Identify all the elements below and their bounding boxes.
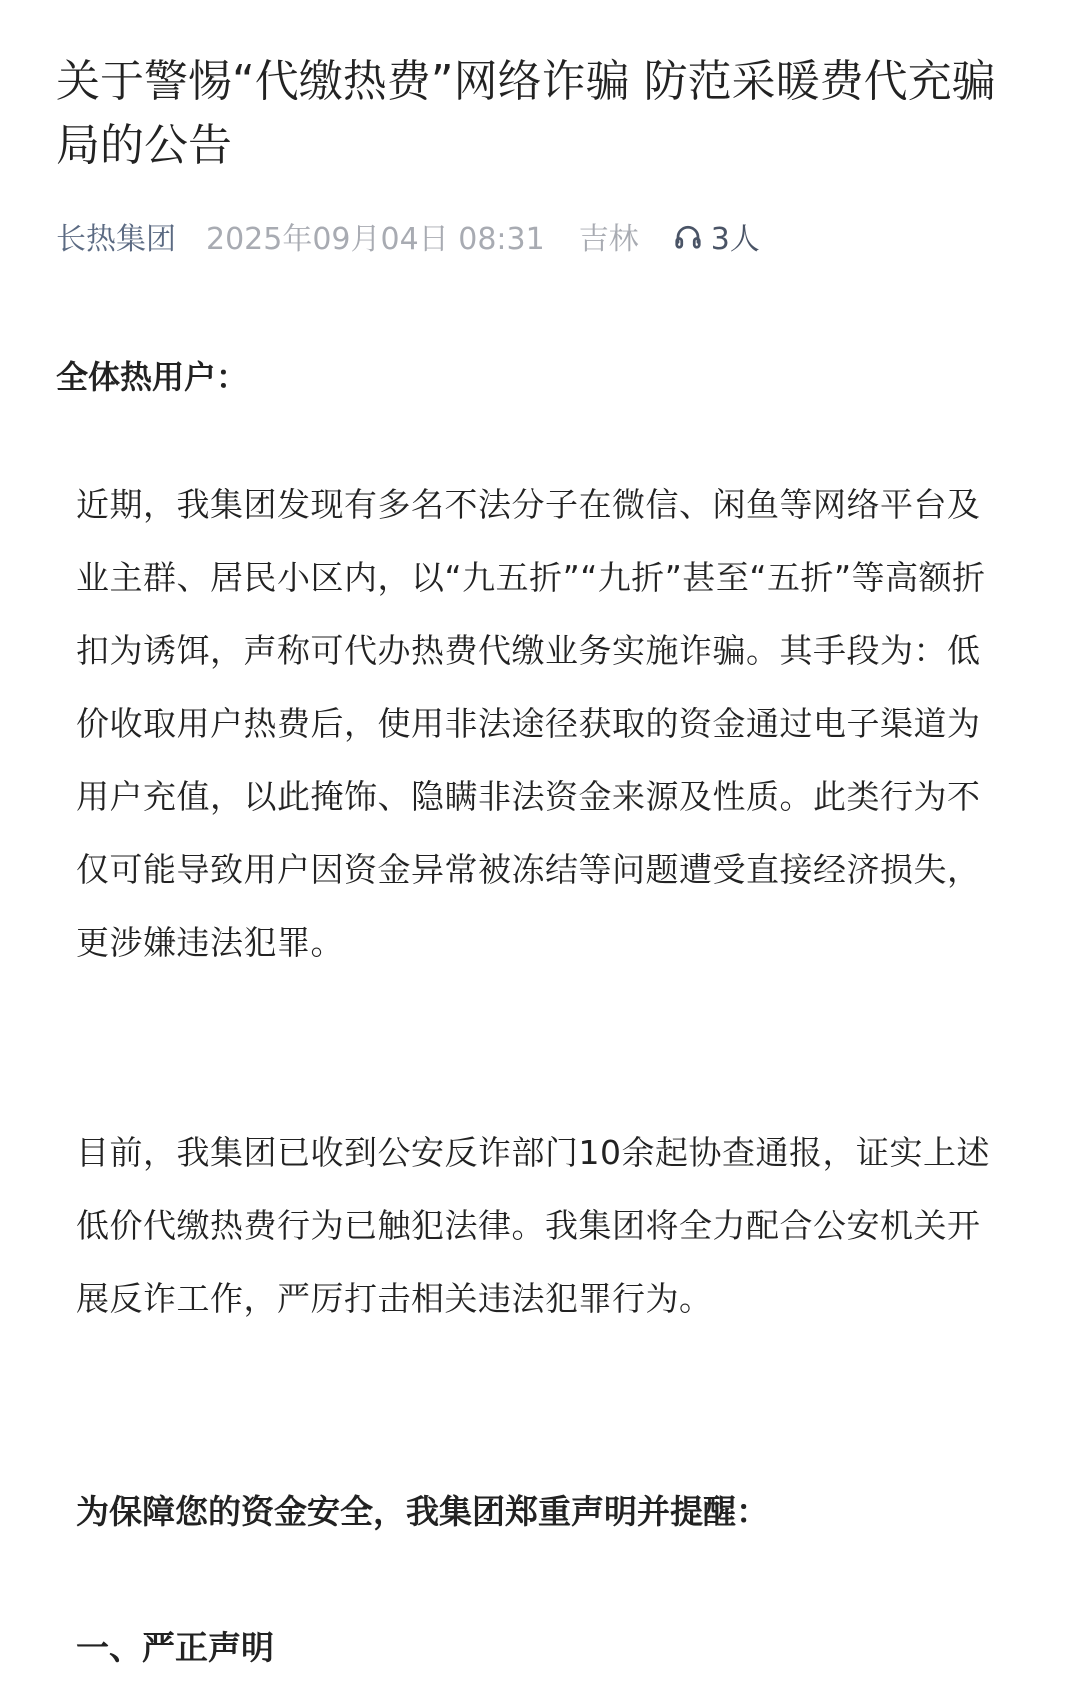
- headphones-icon: [673, 221, 703, 251]
- paragraph-2: 目前，我集团已收到公安反诈部门10余起协查通报，证实上述低价代缴热费行为已触犯法…: [76, 1116, 996, 1335]
- listen-button[interactable]: 3人: [673, 214, 760, 258]
- greeting: 全体热用户：: [56, 352, 248, 398]
- section-heading: 一、严正声明: [76, 1622, 274, 1669]
- article-title: 关于警惕“代缴热费”网络诈骗 防范采暖费代充骗局的公告: [56, 50, 1036, 178]
- publish-time: 2025年09月04日 08:31: [206, 214, 545, 258]
- article-meta: 长热集团 2025年09月04日 08:31 吉林 3人: [56, 214, 760, 258]
- source-link[interactable]: 长热集团: [56, 214, 176, 258]
- reminder-heading: 为保障您的资金安全，我集团郑重声明并提醒：: [76, 1486, 769, 1533]
- listen-count: 3人: [711, 214, 760, 258]
- region-label: 吉林: [579, 214, 639, 258]
- paragraph-1: 近期，我集团发现有多名不法分子在微信、闲鱼等网络平台及业主群、居民小区内，以“九…: [76, 468, 996, 979]
